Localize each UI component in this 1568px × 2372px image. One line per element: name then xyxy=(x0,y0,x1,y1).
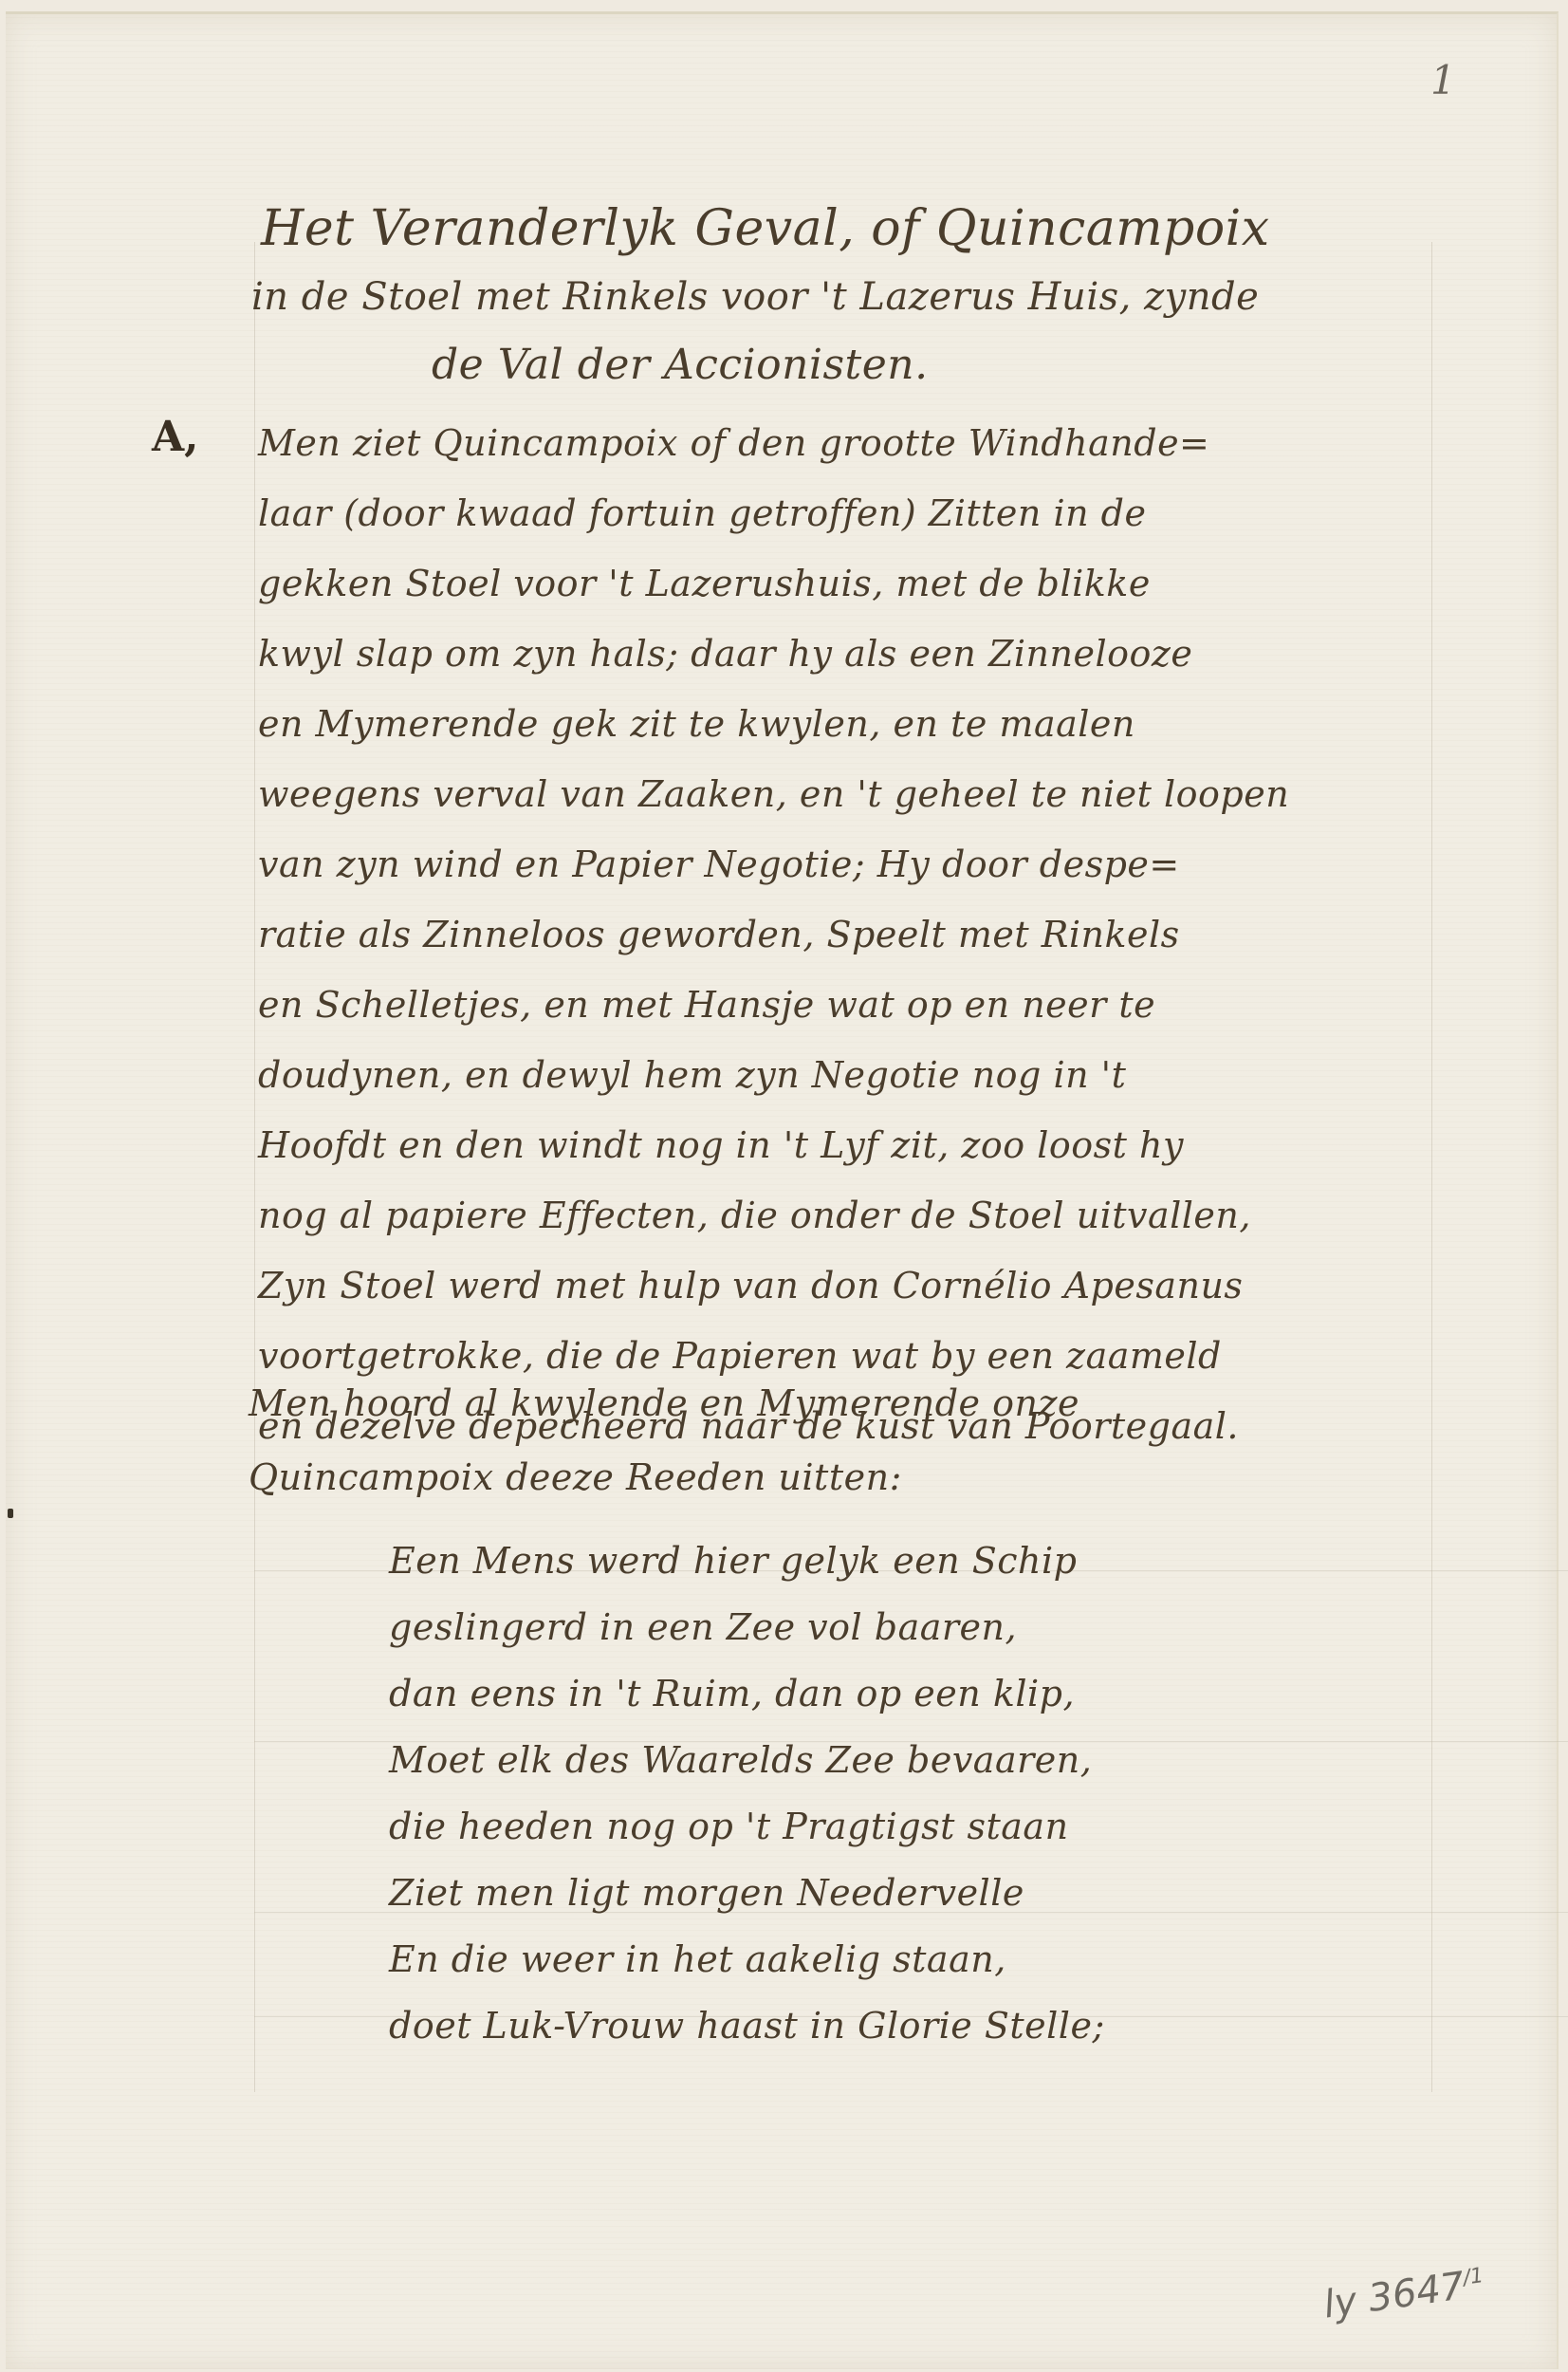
prose-line: Hoofdt en den windt nog in 't Lyf zit, z… xyxy=(258,1110,1444,1180)
prose-line: van zyn wind en Papier Negotie; Hy door … xyxy=(258,829,1444,899)
title-line-1: Het Veranderlyk Geval, of Quincampoix xyxy=(261,195,1437,263)
speech-intro: Men hoord al kwylende en Mymerende onze … xyxy=(249,1366,1079,1514)
speech-intro-line: Men hoord al kwylende en Mymerende onze xyxy=(249,1366,1079,1440)
verse-line: doet Luk-Vrouw haast in Glorie Stelle; xyxy=(389,1992,1105,2059)
prose-line: ratie als Zinneloos geworden, Speelt met… xyxy=(258,899,1444,970)
title-line-3: de Val der Accionisten. xyxy=(432,331,1437,399)
speech-intro-line: Quincampoix deeze Reeden uitten: xyxy=(249,1440,1079,1514)
verse-stanza: Een Mens werd hier gelyk een Schip gesli… xyxy=(389,1528,1105,2059)
verse-line: geslingerd in een Zee vol baaren, xyxy=(389,1594,1105,1660)
prose-line: en Mymerende gek zit te kwylen, en te ma… xyxy=(258,689,1444,759)
verse-line: Een Mens werd hier gelyk een Schip xyxy=(389,1528,1105,1594)
prose-line: doudynen, en dewyl hem zyn Negotie nog i… xyxy=(258,1040,1444,1110)
prose-paragraph: Men ziet Quincampoix of den grootte Wind… xyxy=(258,408,1444,1461)
verse-line: En die weer in het aakelig staan, xyxy=(389,1926,1105,1992)
prose-line: gekken Stoel voor 't Lazerushuis, met de… xyxy=(258,548,1444,619)
title-line-2: in de Stoel met Rinkels voor 't Lazerus … xyxy=(251,263,1437,331)
prose-line: en Schelletjes, en met Hansje wat op en … xyxy=(258,970,1444,1040)
page-number: 1 xyxy=(1430,57,1456,103)
verse-line: Ziet men ligt morgen Needervelle xyxy=(389,1860,1105,1926)
verse-line: die heeden nog op 't Pragtigst staan xyxy=(389,1793,1105,1860)
ink-speck xyxy=(8,1509,13,1518)
section-marker: A, xyxy=(152,413,198,461)
prose-line: weegens verval van Zaaken, en 't geheel … xyxy=(258,759,1444,829)
document-title: Het Veranderlyk Geval, of Quincampoix in… xyxy=(261,195,1437,399)
prose-line: Zyn Stoel werd met hulp van don Cornélio… xyxy=(258,1251,1444,1321)
verse-line: dan eens in 't Ruim, dan op een klip, xyxy=(389,1660,1105,1727)
prose-line: nog al papiere Effecten, die onder de St… xyxy=(258,1180,1444,1251)
catalog-suffix: /1 xyxy=(1462,2264,1485,2290)
prose-line: Men ziet Quincampoix of den grootte Wind… xyxy=(258,408,1444,478)
prose-line: laar (door kwaad fortuin getroffen) Zitt… xyxy=(258,478,1444,548)
prose-line: kwyl slap om zyn hals; daar hy als een Z… xyxy=(258,619,1444,689)
verse-line: Moet elk des Waarelds Zee bevaaren, xyxy=(389,1727,1105,1793)
